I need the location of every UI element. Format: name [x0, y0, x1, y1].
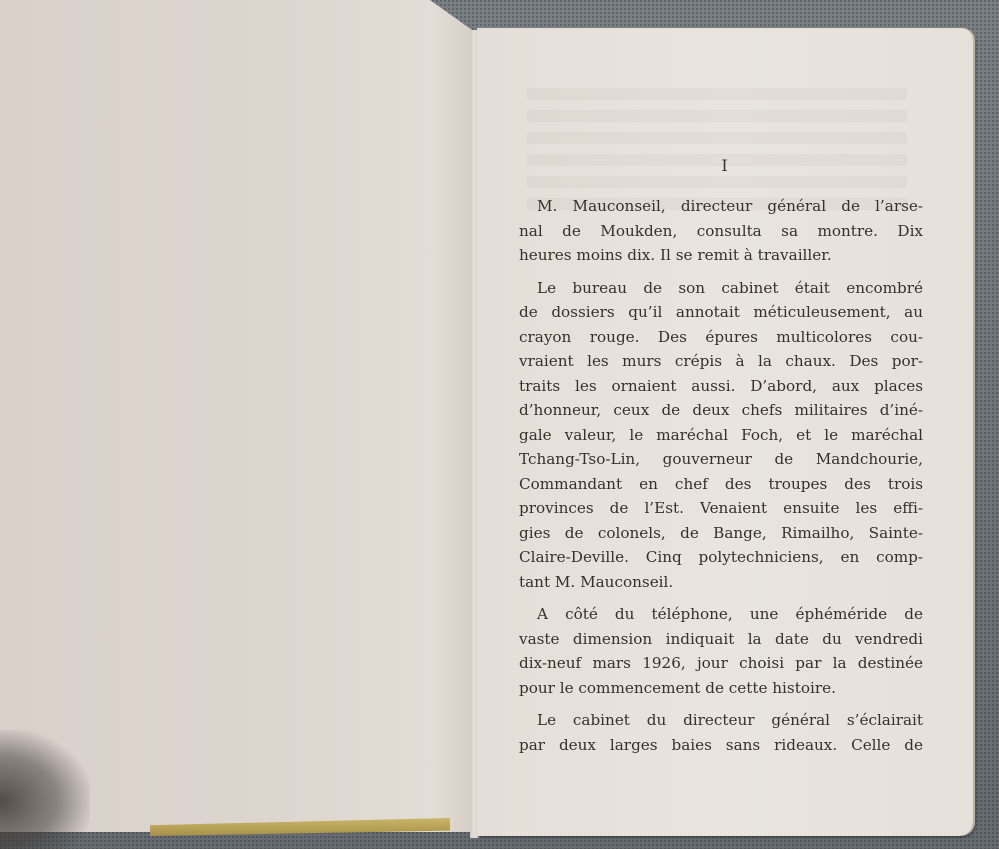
text-line: Le bureau de son cabinet était encombré: [519, 276, 923, 301]
text-line: Commandant en chef des troupes des trois: [519, 472, 923, 497]
text-line: provinces de l’Est. Venaient ensuite les…: [519, 496, 923, 521]
hand-shadow: [0, 730, 90, 849]
text-line: gies de colonels, de Bange, Rimailho, Sa…: [519, 521, 923, 546]
text-line: d’honneur, ceux de deux chefs militaires…: [519, 398, 923, 423]
left-page-blank: [0, 0, 472, 832]
text-line: par deux larges baies sans rideaux. Cell…: [519, 733, 923, 758]
text-line: heures moins dix. Il se remit à travaill…: [519, 243, 923, 268]
text-line: Le cabinet du directeur général s’éclair…: [519, 708, 923, 733]
right-page: I M. Mauconseil, directeur général de l’…: [477, 28, 973, 836]
text-line: gale valeur, le maréchal Foch, et le mar…: [519, 423, 923, 448]
paragraph-1: M. Mauconseil, directeur général de l’ar…: [519, 194, 923, 268]
text-line: tant M. Mauconseil.: [519, 570, 923, 595]
text-line: traits les ornaient aussi. D’abord, aux …: [519, 374, 923, 399]
text-line: vraient les murs crépis à la chaux. Des …: [519, 349, 923, 374]
text-line: pour le commencement de cette histoire.: [519, 676, 923, 701]
text-line: A côté du téléphone, une éphéméride de: [519, 602, 923, 627]
chapter-heading: I: [477, 156, 973, 175]
paragraph-3: A côté du téléphone, une éphéméride de v…: [519, 602, 923, 700]
text-line: de dossiers qu’il annotait méticuleuseme…: [519, 300, 923, 325]
text-line: crayon rouge. Des épures multicolores co…: [519, 325, 923, 350]
text-line: Claire-Deville. Cinq polytechniciens, en…: [519, 545, 923, 570]
text-line: vaste dimension indiquait la date du ven…: [519, 627, 923, 652]
paragraph-4: Le cabinet du directeur général s’éclair…: [519, 708, 923, 757]
text-line: nal de Moukden, consulta sa montre. Dix: [519, 219, 923, 244]
text-line: Tchang-Tso-Lin, gouverneur de Mandchouri…: [519, 447, 923, 472]
paragraph-2: Le bureau de son cabinet était encombré …: [519, 276, 923, 595]
text-line: M. Mauconseil, directeur général de l’ar…: [519, 194, 923, 219]
photo-scene: I M. Mauconseil, directeur général de l’…: [0, 0, 999, 849]
text-line: dix-neuf mars 1926, jour choisi par la d…: [519, 651, 923, 676]
page-text: M. Mauconseil, directeur général de l’ar…: [519, 194, 923, 765]
